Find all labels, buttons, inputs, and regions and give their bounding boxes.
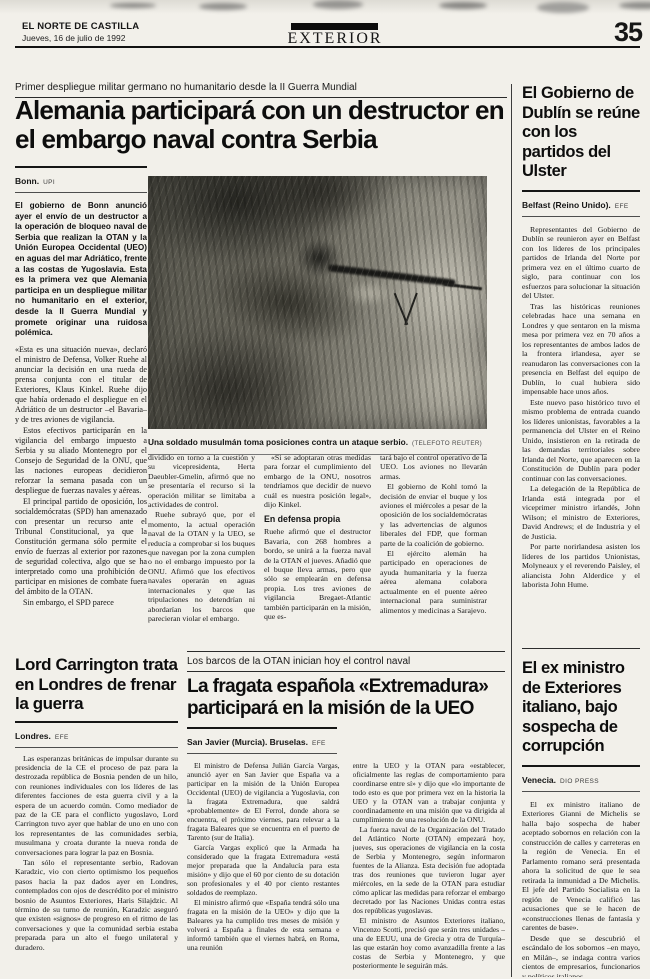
dateline-city: San Javier (Murcia). Bruselas. (187, 737, 308, 747)
michelis-dateline: Venecia. DIO PRESS (522, 765, 640, 792)
sidebar: El Gobierno de Dublín se reúne con los p… (522, 84, 640, 977)
main-body-column-4: tará bajo el control operativo de la UEO… (380, 452, 487, 652)
body-paragraph: Por parte norirlandesa asisten los líder… (522, 542, 640, 590)
dublin-dateline: Belfast (Reino Unido). EFE (522, 190, 640, 217)
dublin-body: Representantes del Gobierno de Dublín se… (522, 225, 640, 590)
fragata-kicker: Los barcos de la OTAN inician hoy el con… (187, 651, 505, 672)
body-paragraph: Estos efectivos participarán en la vigil… (15, 426, 147, 496)
body-paragraph: Este nuevo paso histórico tuvo el mismo … (522, 398, 640, 484)
header-rule (15, 46, 640, 48)
fragata-headline: La fragata española «Extremadura» partic… (187, 676, 505, 720)
body-paragraph: Ruehe subrayó que, por el momento, la ac… (148, 510, 255, 623)
main-body-column-3: «Si se adoptaran otras medidas para forz… (264, 452, 371, 652)
fragata-column-2: entre la UEO y la OTAN para «establecer,… (353, 760, 506, 970)
dateline-city: Bonn. (15, 176, 39, 186)
body-paragraph: El ministro afirmó que «España tendrá só… (187, 898, 340, 952)
body-paragraph: Las esperanzas británicas de impulsar du… (15, 754, 178, 857)
main-article-columns: dividido en torno a la cuestión y su vic… (148, 452, 487, 652)
subhead-en-defensa-propia: En defensa propia (264, 514, 371, 524)
dateline-agency: EFE (615, 203, 629, 210)
dateline-city: Belfast (Reino Unido). (522, 200, 611, 210)
dateline-city: Venecia. (522, 775, 556, 785)
body-paragraph: Tan sólo el representante serbio, Radova… (15, 858, 178, 952)
dateline-agency: UPI (43, 179, 55, 186)
body-paragraph: Representantes del Gobierno de Dublín se… (522, 225, 640, 301)
main-dateline: Bonn. UPI (15, 166, 147, 193)
scan-artifact-strip (0, 0, 650, 14)
dateline-agency: EFE (312, 740, 326, 747)
body-paragraph: La fuerza naval de la Organización del T… (353, 825, 506, 915)
fragata-columns: El ministro de Defensa Julián García Var… (187, 760, 505, 970)
dublin-headline: El Gobierno de Dublín se reúne con los p… (522, 84, 640, 182)
body-paragraph: tará bajo el control operativo de la UEO… (380, 453, 487, 481)
carrington-body: Las esperanzas británicas de impulsar du… (15, 754, 178, 953)
body-paragraph: García Vargas explicó que la Armada ha c… (187, 843, 340, 897)
body-paragraph: Ruehe afirmó que el destructor Bavaria, … (264, 527, 371, 621)
photo-caption-text: Una soldado musulmán toma posiciones con… (148, 437, 408, 447)
body-paragraph: El principal partido de oposición, los s… (15, 497, 147, 597)
carrington-dateline: Londres. EFE (15, 721, 178, 748)
issue-date: Jueves, 16 de julio de 1992 (22, 33, 126, 43)
body-paragraph: «Si se adoptaran otras medidas para forz… (264, 453, 371, 509)
sidebar-divider-rule (511, 84, 512, 977)
section-bar (291, 23, 378, 30)
photo-grass-texture (148, 176, 487, 429)
dateline-agency: EFE (55, 734, 69, 741)
dateline-agency: DIO PRESS (560, 778, 599, 785)
main-article-column-1: Bonn. UPI El gobierno de Bonn anunció ay… (15, 166, 147, 654)
body-paragraph: El ejército alemán ha participado en ope… (380, 549, 487, 615)
carrington-headline: Lord Carrington trata en Londres de fren… (15, 655, 178, 714)
body-paragraph: El gobierno de Kohl tomó la decisión de … (380, 482, 487, 548)
dublin-article: El Gobierno de Dublín se reúne con los p… (522, 84, 640, 644)
main-headline: Alemania participará con un destructor e… (15, 96, 520, 154)
body-paragraph: Desde que se descubrió el escándalo de l… (522, 934, 640, 978)
body-paragraph: «Esta es una situación nueva», declaró e… (15, 345, 147, 425)
page-number: 35 (596, 17, 642, 48)
lead-paragraph: El gobierno de Bonn anunció ayer el enví… (15, 201, 147, 339)
body-paragraph: El ministro de Defensa Julián García Var… (187, 761, 340, 842)
body-paragraph: El ministro de Asuntos Exteriores italia… (353, 916, 506, 970)
paper-name: EL NORTE DE CASTILLA (22, 21, 139, 32)
fragata-article: Los barcos de la OTAN inician hoy el con… (187, 651, 505, 979)
body-paragraph: entre la UEO y la OTAN para «establecer,… (353, 761, 506, 824)
news-photo-soldier (148, 176, 487, 429)
dateline-city: Londres. (15, 731, 51, 741)
main-body-column-1: «Esta es una situación nueva», declaró e… (15, 345, 147, 608)
newspaper-page: EL NORTE DE CASTILLA Jueves, 16 de julio… (0, 0, 650, 979)
body-paragraph: Tras las históricas reuniones celebradas… (522, 302, 640, 397)
main-body-column-2: dividido en torno a la cuestión y su vic… (148, 452, 255, 652)
body-paragraph: dividido en torno a la cuestión y su vic… (148, 453, 255, 509)
scan-smudges (110, 3, 156, 8)
michelis-article: El ex ministro de Exteriores italiano, b… (522, 659, 640, 977)
michelis-headline: El ex ministro de Exteriores italiano, b… (522, 659, 640, 757)
sidebar-article-divider (522, 648, 640, 649)
body-paragraph: La delegación de la República de Irlanda… (522, 484, 640, 541)
michelis-body: El ex ministro italiano de Exteriores Gi… (522, 800, 640, 978)
body-paragraph: Sin embargo, el SPD parece (15, 598, 147, 608)
carrington-article: Lord Carrington trata en Londres de fren… (15, 655, 178, 977)
fragata-column-1: El ministro de Defensa Julián García Var… (187, 760, 340, 970)
photo-credit: (TELEFOTO REUTER) (412, 440, 482, 447)
body-paragraph: El ex ministro italiano de Exteriores Gi… (522, 800, 640, 933)
fragata-dateline: San Javier (Murcia). Bruselas. EFE (187, 727, 337, 754)
